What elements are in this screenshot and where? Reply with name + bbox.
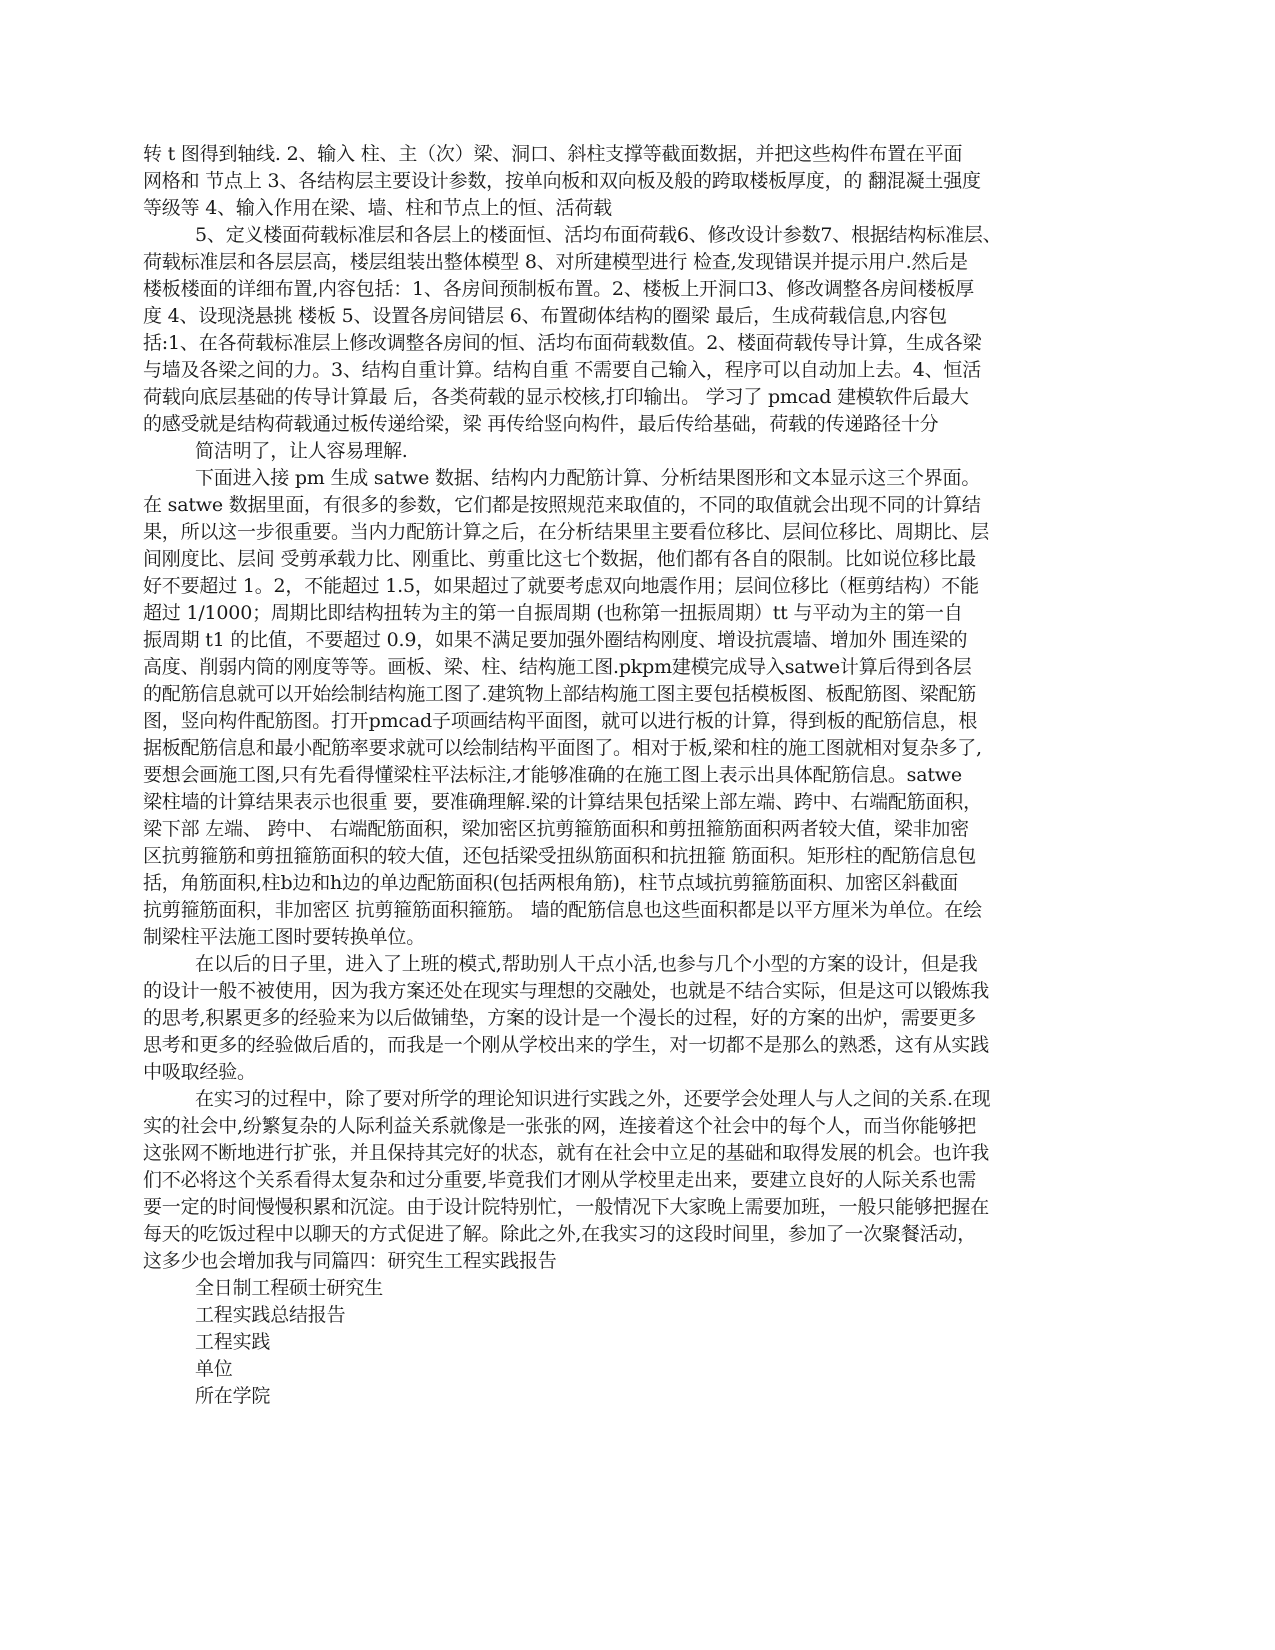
text-line: 超过 1/1000；周期比即结构扭转为主的第一自振周期 (也称第一扭振周期）tt… — [143, 600, 1083, 627]
text-line: 思考和更多的经验做后盾的，而我是一个刚从学校出来的学生，对一切都不是那么的熟悉，… — [143, 1032, 1083, 1059]
text-line: 等级等 4、输入作用在梁、墙、柱和节点上的恒、活荷载 — [143, 195, 1083, 222]
text-line: 5、定义楼面荷载标准层和各层上的楼面恒、活均布面荷载6、修改设计参数7、根据结构… — [143, 222, 1083, 249]
text-line: 度 4、设现浇悬挑 楼板 5、设置各房间错层 6、布置砌体结构的圈梁 最后，生成… — [143, 303, 1083, 330]
text-line: 果，所以这一步很重要。当内力配筋计算之后，在分析结果里主要看位移比、层间位移比、… — [143, 519, 1083, 546]
text-line: 要一定的时间慢慢积累和沉淀。由于设计院特别忙，一般情况下大家晚上需要加班，一般只… — [143, 1194, 1083, 1221]
text-line: 的感受就是结构荷载通过板传递给梁，梁 再传给竖向构件，最后传给基础，荷载的传递路… — [143, 411, 1083, 438]
text-line: 在以后的日子里，进入了上班的模式,帮助别人干点小活,也参与几个小型的方案的设计，… — [143, 951, 1083, 978]
text-line: 实的社会中,纷繁复杂的人际利益关系就像是一张张的网，连接着这个社会中的每个人，而… — [143, 1113, 1083, 1140]
text-line: 括，角筋面积,柱b边和h边的单边配筋面积(包括两根角筋)，柱节点域抗剪箍筋面积、… — [143, 870, 1083, 897]
text-line: 梁柱墙的计算结果表示也很重 要，要准确理解.梁的计算结果包括梁上部左端、跨中、右… — [143, 789, 1083, 816]
text-line: 网格和 节点上 3、各结构层主要设计参数，按单向板和双向板及般的跨取楼板厚度，的… — [143, 168, 1083, 195]
text-line: 简洁明了，让人容易理解. — [143, 438, 1083, 465]
text-line: 图，竖向构件配筋图。打开pmcad子项画结构平面图，就可以进行板的计算，得到板的… — [143, 708, 1083, 735]
text-line: 荷载标准层和各层层高，楼层组装出整体模型 8、对所建模型进行 检查,发现错误并提… — [143, 249, 1083, 276]
text-line: 与墙及各梁之间的力。3、结构自重计算。结构自重 不需要自己输入，程序可以自动加上… — [143, 357, 1083, 384]
text-line: 要想会画施工图,只有先看得懂梁柱平法标注,才能够准确的在施工图上表示出具体配筋信… — [143, 762, 1083, 789]
text-line: 下面进入接 pm 生成 satwe 数据、结构内力配筋计算、分析结果图形和文本显… — [143, 465, 1083, 492]
text-line: 所在学院 — [143, 1383, 1083, 1410]
text-line: 梁下部 左端、 跨中、 右端配筋面积，梁加密区抗剪箍筋面积和剪扭箍筋面积两者较大… — [143, 816, 1083, 843]
text-line: 间刚度比、层间 受剪承载力比、刚重比、剪重比这七个数据，他们都有各自的限制。比如… — [143, 546, 1083, 573]
text-line: 工程实践 — [143, 1329, 1083, 1356]
document-page: 转 t 图得到轴线. 2、输入 柱、主（次）梁、洞口、斜柱支撑等截面数据，并把这… — [143, 141, 1083, 1410]
text-line: 区抗剪箍筋和剪扭箍筋面积的较大值，还包括梁受扭纵筋面积和抗扭箍 筋面积。矩形柱的… — [143, 843, 1083, 870]
text-line: 制梁柱平法施工图时要转换单位。 — [143, 924, 1083, 951]
text-line: 在 satwe 数据里面，有很多的参数，它们都是按照规范来取值的，不同的取值就会… — [143, 492, 1083, 519]
text-line: 转 t 图得到轴线. 2、输入 柱、主（次）梁、洞口、斜柱支撑等截面数据，并把这… — [143, 141, 1083, 168]
text-line: 每天的吃饭过程中以聊天的方式促进了解。除此之外,在我实习的这段时间里，参加了一次… — [143, 1221, 1083, 1248]
text-line: 抗剪箍筋面积，非加密区 抗剪箍筋面积箍筋。 墙的配筋信息也这些面积都是以平方厘米… — [143, 897, 1083, 924]
text-line: 的设计一般不被使用，因为我方案还处在现实与理想的交融处，也就是不结合实际，但是这… — [143, 978, 1083, 1005]
text-line: 高度、削弱内筒的刚度等等。画板、梁、柱、结构施工图.pkpm建模完成导入satw… — [143, 654, 1083, 681]
text-line: 的思考,积累更多的经验来为以后做铺垫，方案的设计是一个漫长的过程，好的方案的出炉… — [143, 1005, 1083, 1032]
text-line: 振周期 t1 的比值，不要超过 0.9，如果不满足要加强外圈结构刚度、增设抗震墙… — [143, 627, 1083, 654]
text-line: 中吸取经验。 — [143, 1059, 1083, 1086]
text-line: 楼板楼面的详细布置,内容包括：1、各房间预制板布置。2、楼板上开洞口3、修改调整… — [143, 276, 1083, 303]
text-line: 在实习的过程中，除了要对所学的理论知识进行实践之外，还要学会处理人与人之间的关系… — [143, 1086, 1083, 1113]
text-line: 这张网不断地进行扩张，并且保持其完好的状态，就有在社会中立足的基础和取得发展的机… — [143, 1140, 1083, 1167]
text-line: 们不必将这个关系看得太复杂和过分重要,毕竟我们才刚从学校里走出来，要建立良好的人… — [143, 1167, 1083, 1194]
text-line: 工程实践总结报告 — [143, 1302, 1083, 1329]
text-line: 单位 — [143, 1356, 1083, 1383]
text-line: 括:1、在各荷载标准层上修改调整各房间的恒、活均布面荷载数值。2、楼面荷载传导计… — [143, 330, 1083, 357]
text-line: 全日制工程硕士研究生 — [143, 1275, 1083, 1302]
text-line: 据板配筋信息和最小配筋率要求就可以绘制结构平面图了。相对于板,梁和柱的施工图就相… — [143, 735, 1083, 762]
text-line: 好不要超过 1。2，不能超过 1.5，如果超过了就要考虑双向地震作用；层间位移比… — [143, 573, 1083, 600]
text-line: 荷载向底层基础的传导计算最 后，各类荷载的显示校核,打印输出。 学习了 pmca… — [143, 384, 1083, 411]
text-line: 这多少也会增加我与同篇四：研究生工程实践报告 — [143, 1248, 1083, 1275]
text-line: 的配筋信息就可以开始绘制结构施工图了.建筑物上部结构施工图主要包括模板图、板配筋… — [143, 681, 1083, 708]
